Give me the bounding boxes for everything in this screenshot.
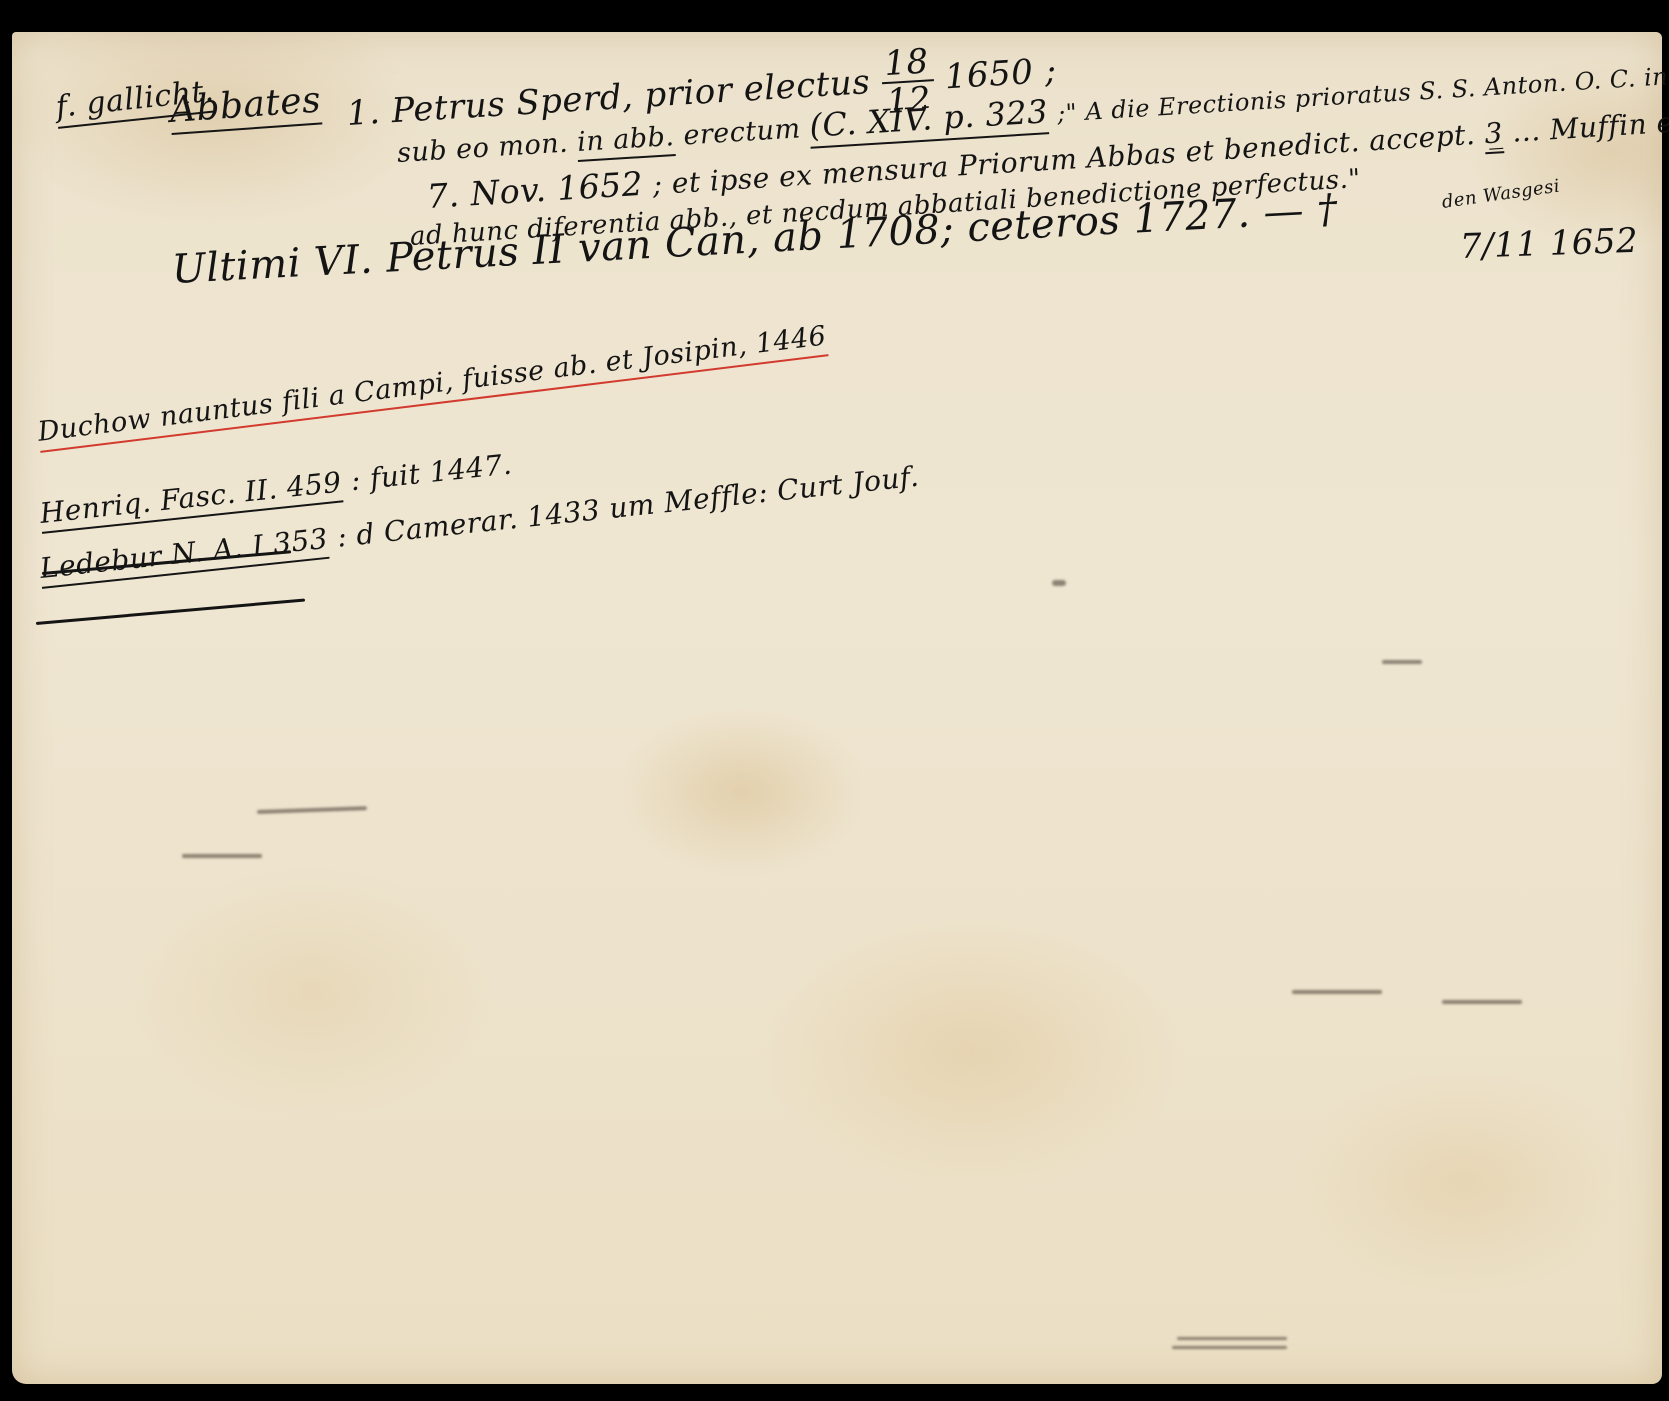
date-day: 18	[879, 44, 933, 84]
entry-1-line-2-underlined: in abb.	[576, 121, 675, 162]
bleed-through-mark	[1442, 1000, 1522, 1004]
note-duchow-text: Duchow nauntus fili a Campi, fuisse ab. …	[36, 320, 829, 453]
note-duchow: Duchow nauntus fili a Campi, fuisse ab. …	[36, 320, 828, 448]
right-note-date: 7/11 1652	[1459, 221, 1638, 267]
entry-1-line-2-suffix: erectum	[682, 113, 801, 151]
underline-stroke	[36, 598, 305, 625]
bleed-through-mark	[182, 854, 262, 858]
entry-2-roman: VI.	[313, 237, 374, 286]
note-ledebur-ref: Ledebur N. A. I 353	[38, 522, 330, 589]
bleed-through-mark	[1052, 580, 1066, 586]
note-henriq-text: : fuit 1447.	[349, 447, 514, 497]
right-margin-note: den Wasgesi	[1441, 176, 1562, 213]
bleed-through-mark	[1292, 990, 1382, 994]
benediction-date: 7. Nov. 1652	[426, 164, 644, 216]
section-label-text: Abbates	[169, 79, 323, 134]
bleed-through-mark	[1382, 660, 1422, 664]
entry-1-line-3-right: ... Muffin ebd	[1511, 104, 1669, 149]
entry-1-line-2-prefix: sub eo mon.	[396, 128, 569, 169]
end-mark: †	[1316, 186, 1339, 233]
right-margin-date: 7/11 1652	[1459, 221, 1638, 267]
manuscript-page: f. gallicht. Abbates 1. Petrus Sperd, pr…	[12, 32, 1662, 1384]
entry-2-prefix: Ultimi	[171, 240, 302, 293]
entry-number: 1.	[346, 92, 382, 134]
entry-1-line-3-mark: 3̲	[1484, 116, 1505, 154]
bleed-through-mark	[257, 806, 367, 814]
bleed-through-mark	[1177, 1337, 1287, 1340]
right-note-line: den Wasgesi	[1441, 176, 1562, 213]
election-year: 1650 ;	[944, 51, 1058, 98]
bleed-through-mark	[1172, 1346, 1287, 1349]
note-henriq-ref: Henriq. Fasc. II. 459	[38, 465, 343, 533]
